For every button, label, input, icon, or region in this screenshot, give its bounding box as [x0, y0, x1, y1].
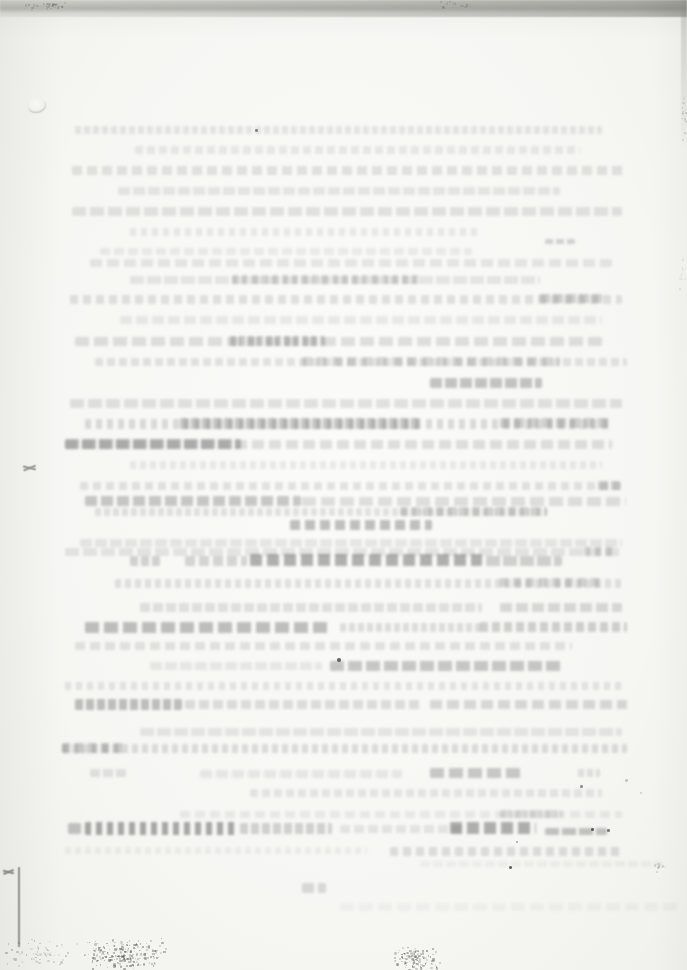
ink-scribble-mark — [2, 866, 15, 877]
margin-marks-layer — [0, 0, 687, 970]
page-edge-line — [18, 867, 20, 947]
ink-scribble-mark — [22, 462, 38, 473]
paper-bubble-mark — [27, 97, 48, 114]
scanned-document-page — [0, 0, 687, 970]
